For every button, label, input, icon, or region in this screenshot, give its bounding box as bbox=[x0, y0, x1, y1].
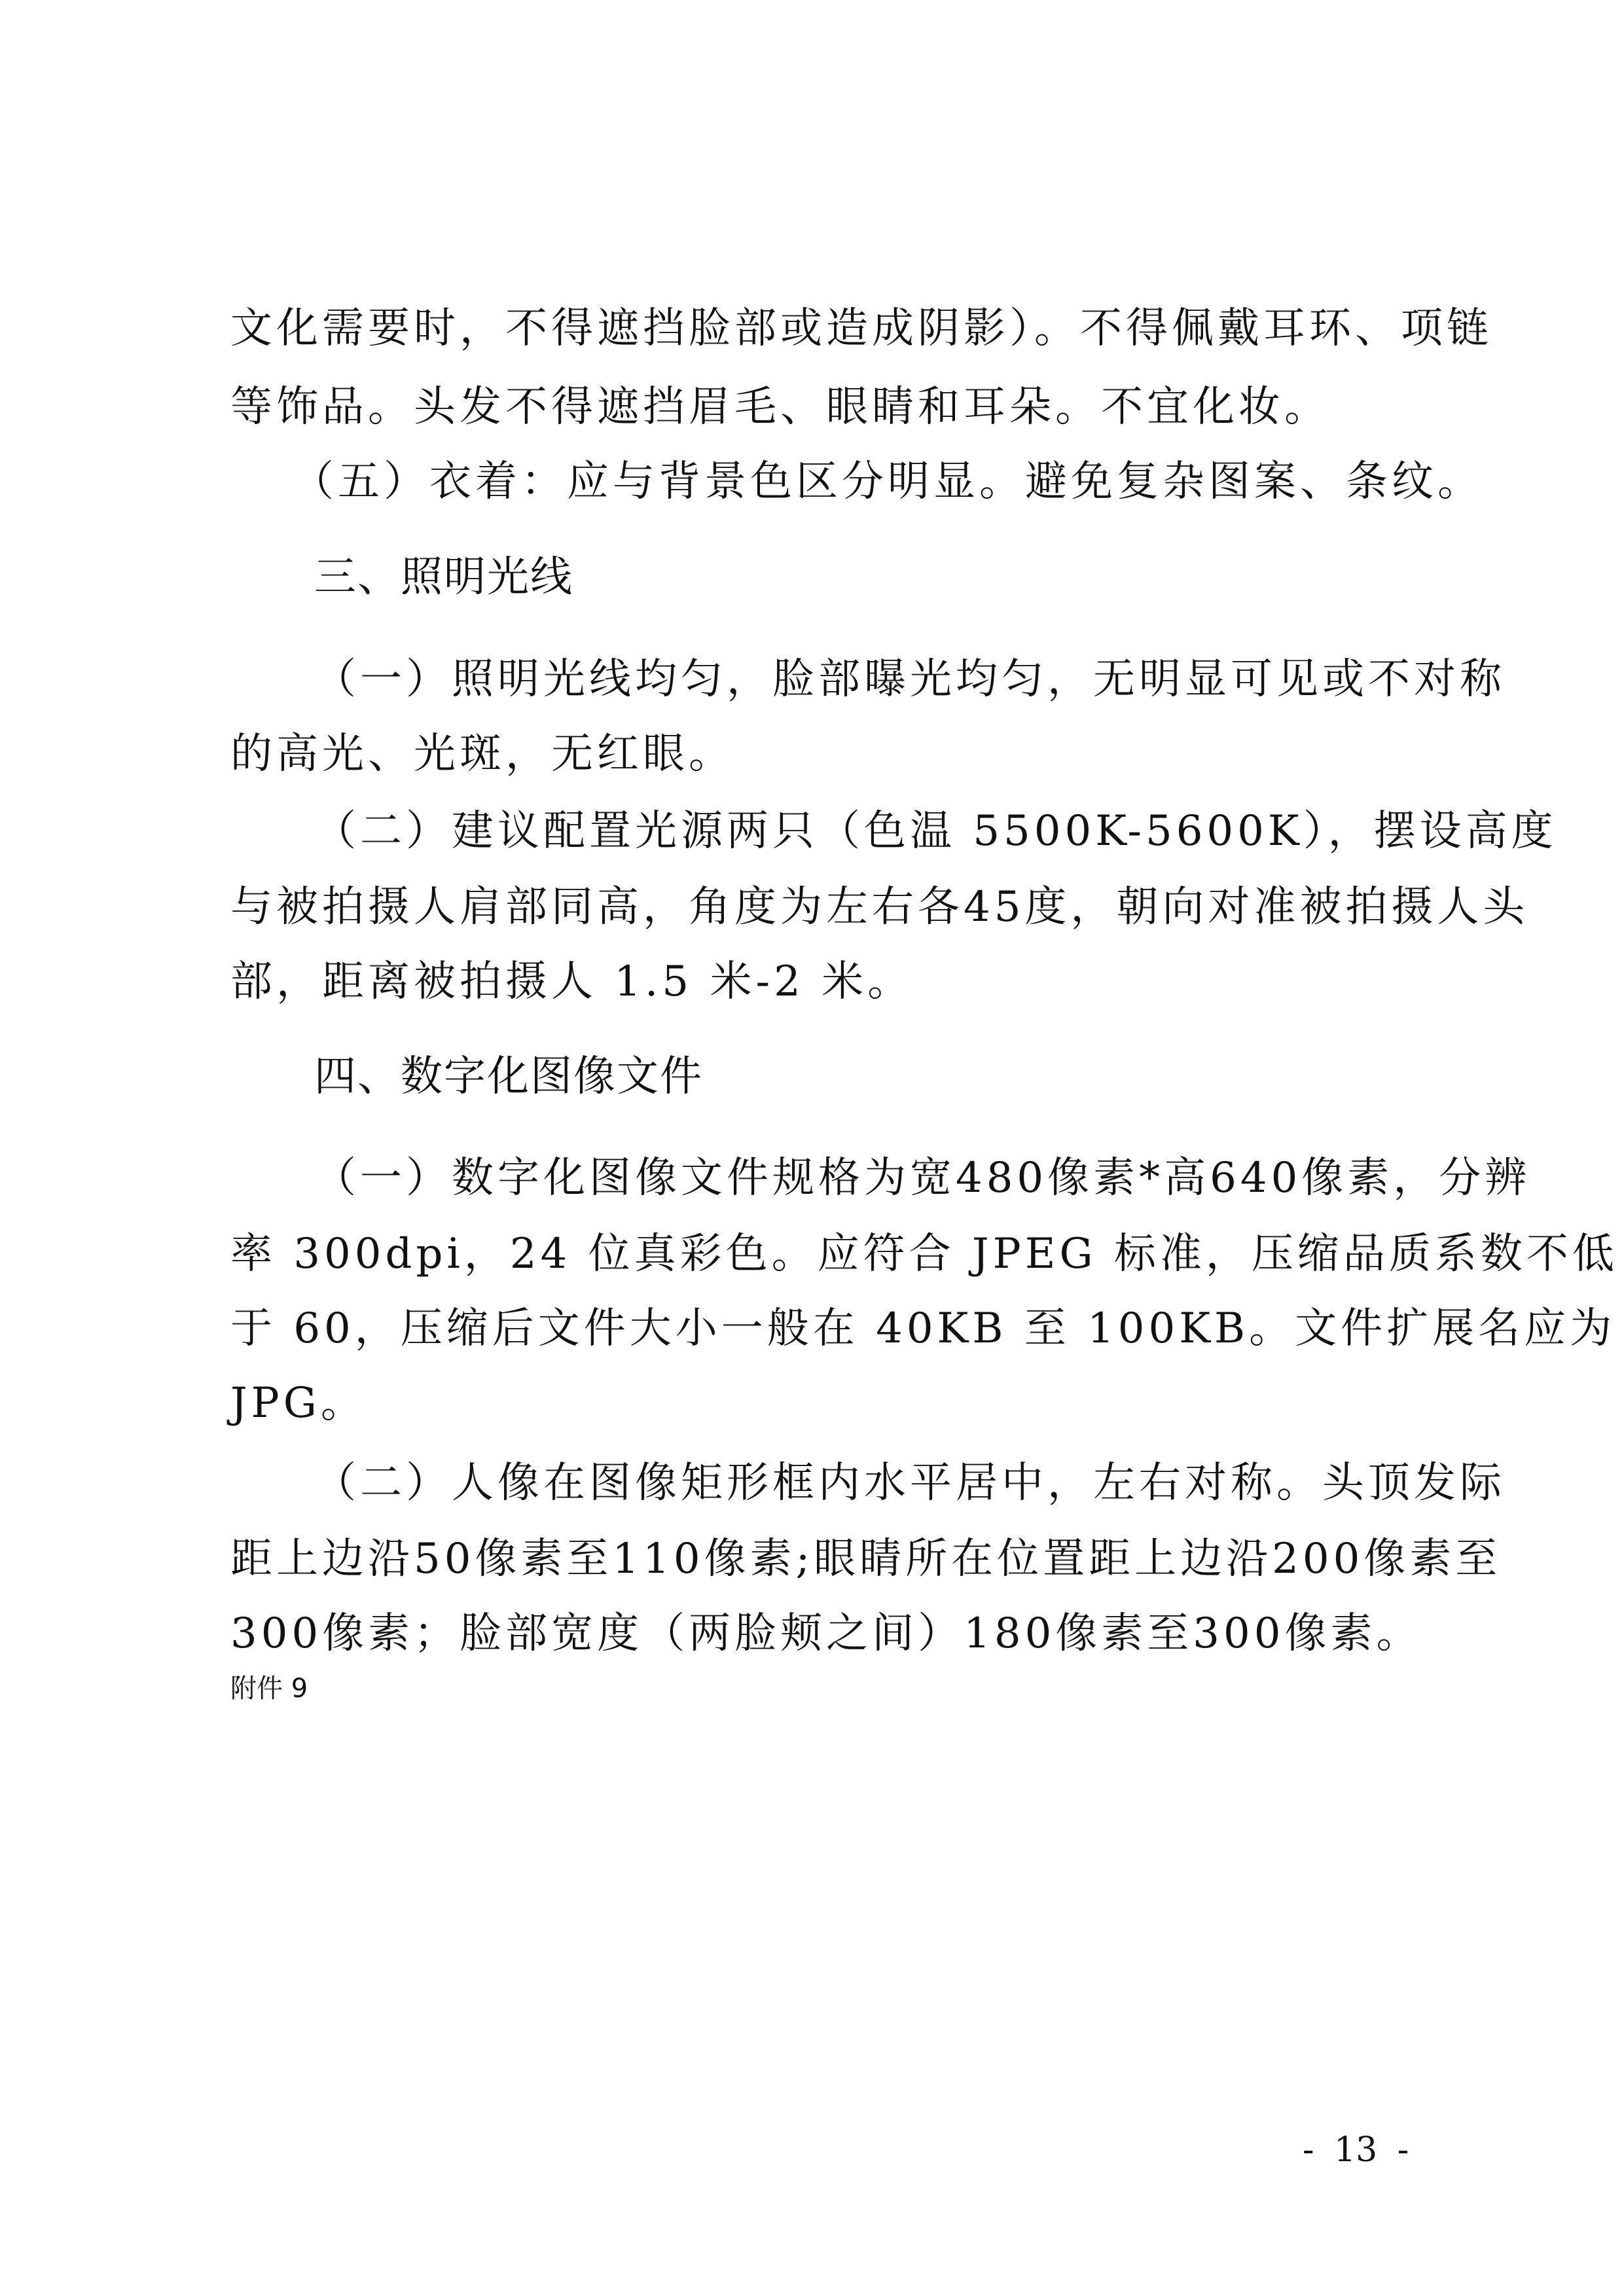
attachment-label: 附件 9 bbox=[230, 1672, 308, 1705]
paragraph-line: （一）数字化图像文件规格为宽480像素*高640像素，分辨 bbox=[314, 1152, 1461, 1204]
paragraph-line: 部，距离被拍摄人 1.5 米-2 米。 bbox=[230, 956, 1461, 1008]
page-number: - 13 - bbox=[1303, 2130, 1409, 2170]
section-heading-digital-image-file: 四、数字化图像文件 bbox=[314, 1050, 703, 1103]
document-page: 文化需要时，不得遮挡脸部或造成阴影）。不得佩戴耳环、项链 等饰品。头发不得遮挡眉… bbox=[0, 0, 1624, 2296]
paragraph-clothing: （五）衣着：应与背景色区分明显。避免复杂图案、条纹。 bbox=[292, 456, 1439, 508]
paragraph-line: （二）人像在图像矩形框内水平居中，左右对称。头顶发际 bbox=[314, 1457, 1461, 1509]
section-heading-lighting: 三、照明光线 bbox=[314, 551, 573, 603]
paragraph-line: 等饰品。头发不得遮挡眉毛、眼睛和耳朵。不宜化妆。 bbox=[230, 381, 1461, 433]
paragraph-line: （二）建议配置光源两只（色温 5500K-5600K），摆设高度 bbox=[314, 805, 1461, 857]
paragraph-line: 文化需要时，不得遮挡脸部或造成阴影）。不得佩戴耳环、项链 bbox=[230, 302, 1461, 355]
paragraph-line: 距上边沿50像素至110像素;眼睛所在位置距上边沿200像素至 bbox=[230, 1533, 1461, 1585]
paragraph-line: 与被拍摄人肩部同高，角度为左右各45度，朝向对准被拍摄人头 bbox=[230, 881, 1461, 933]
paragraph-line: 率 300dpi，24 位真彩色。应符合 JPEG 标准，压缩品质系数不低 bbox=[230, 1228, 1461, 1280]
paragraph-line: （一）照明光线均匀，脸部曝光均匀，无明显可见或不对称 bbox=[314, 653, 1461, 706]
paragraph-line: 于 60，压缩后文件大小一般在 40KB 至 100KB。文件扩展名应为 bbox=[230, 1302, 1461, 1355]
paragraph-line: JPG。 bbox=[230, 1377, 1461, 1429]
paragraph-line: 的高光、光斑，无红眼。 bbox=[230, 728, 1461, 780]
paragraph-line: 300像素；脸部宽度（两脸颊之间）180像素至300像素。 bbox=[230, 1607, 1461, 1660]
